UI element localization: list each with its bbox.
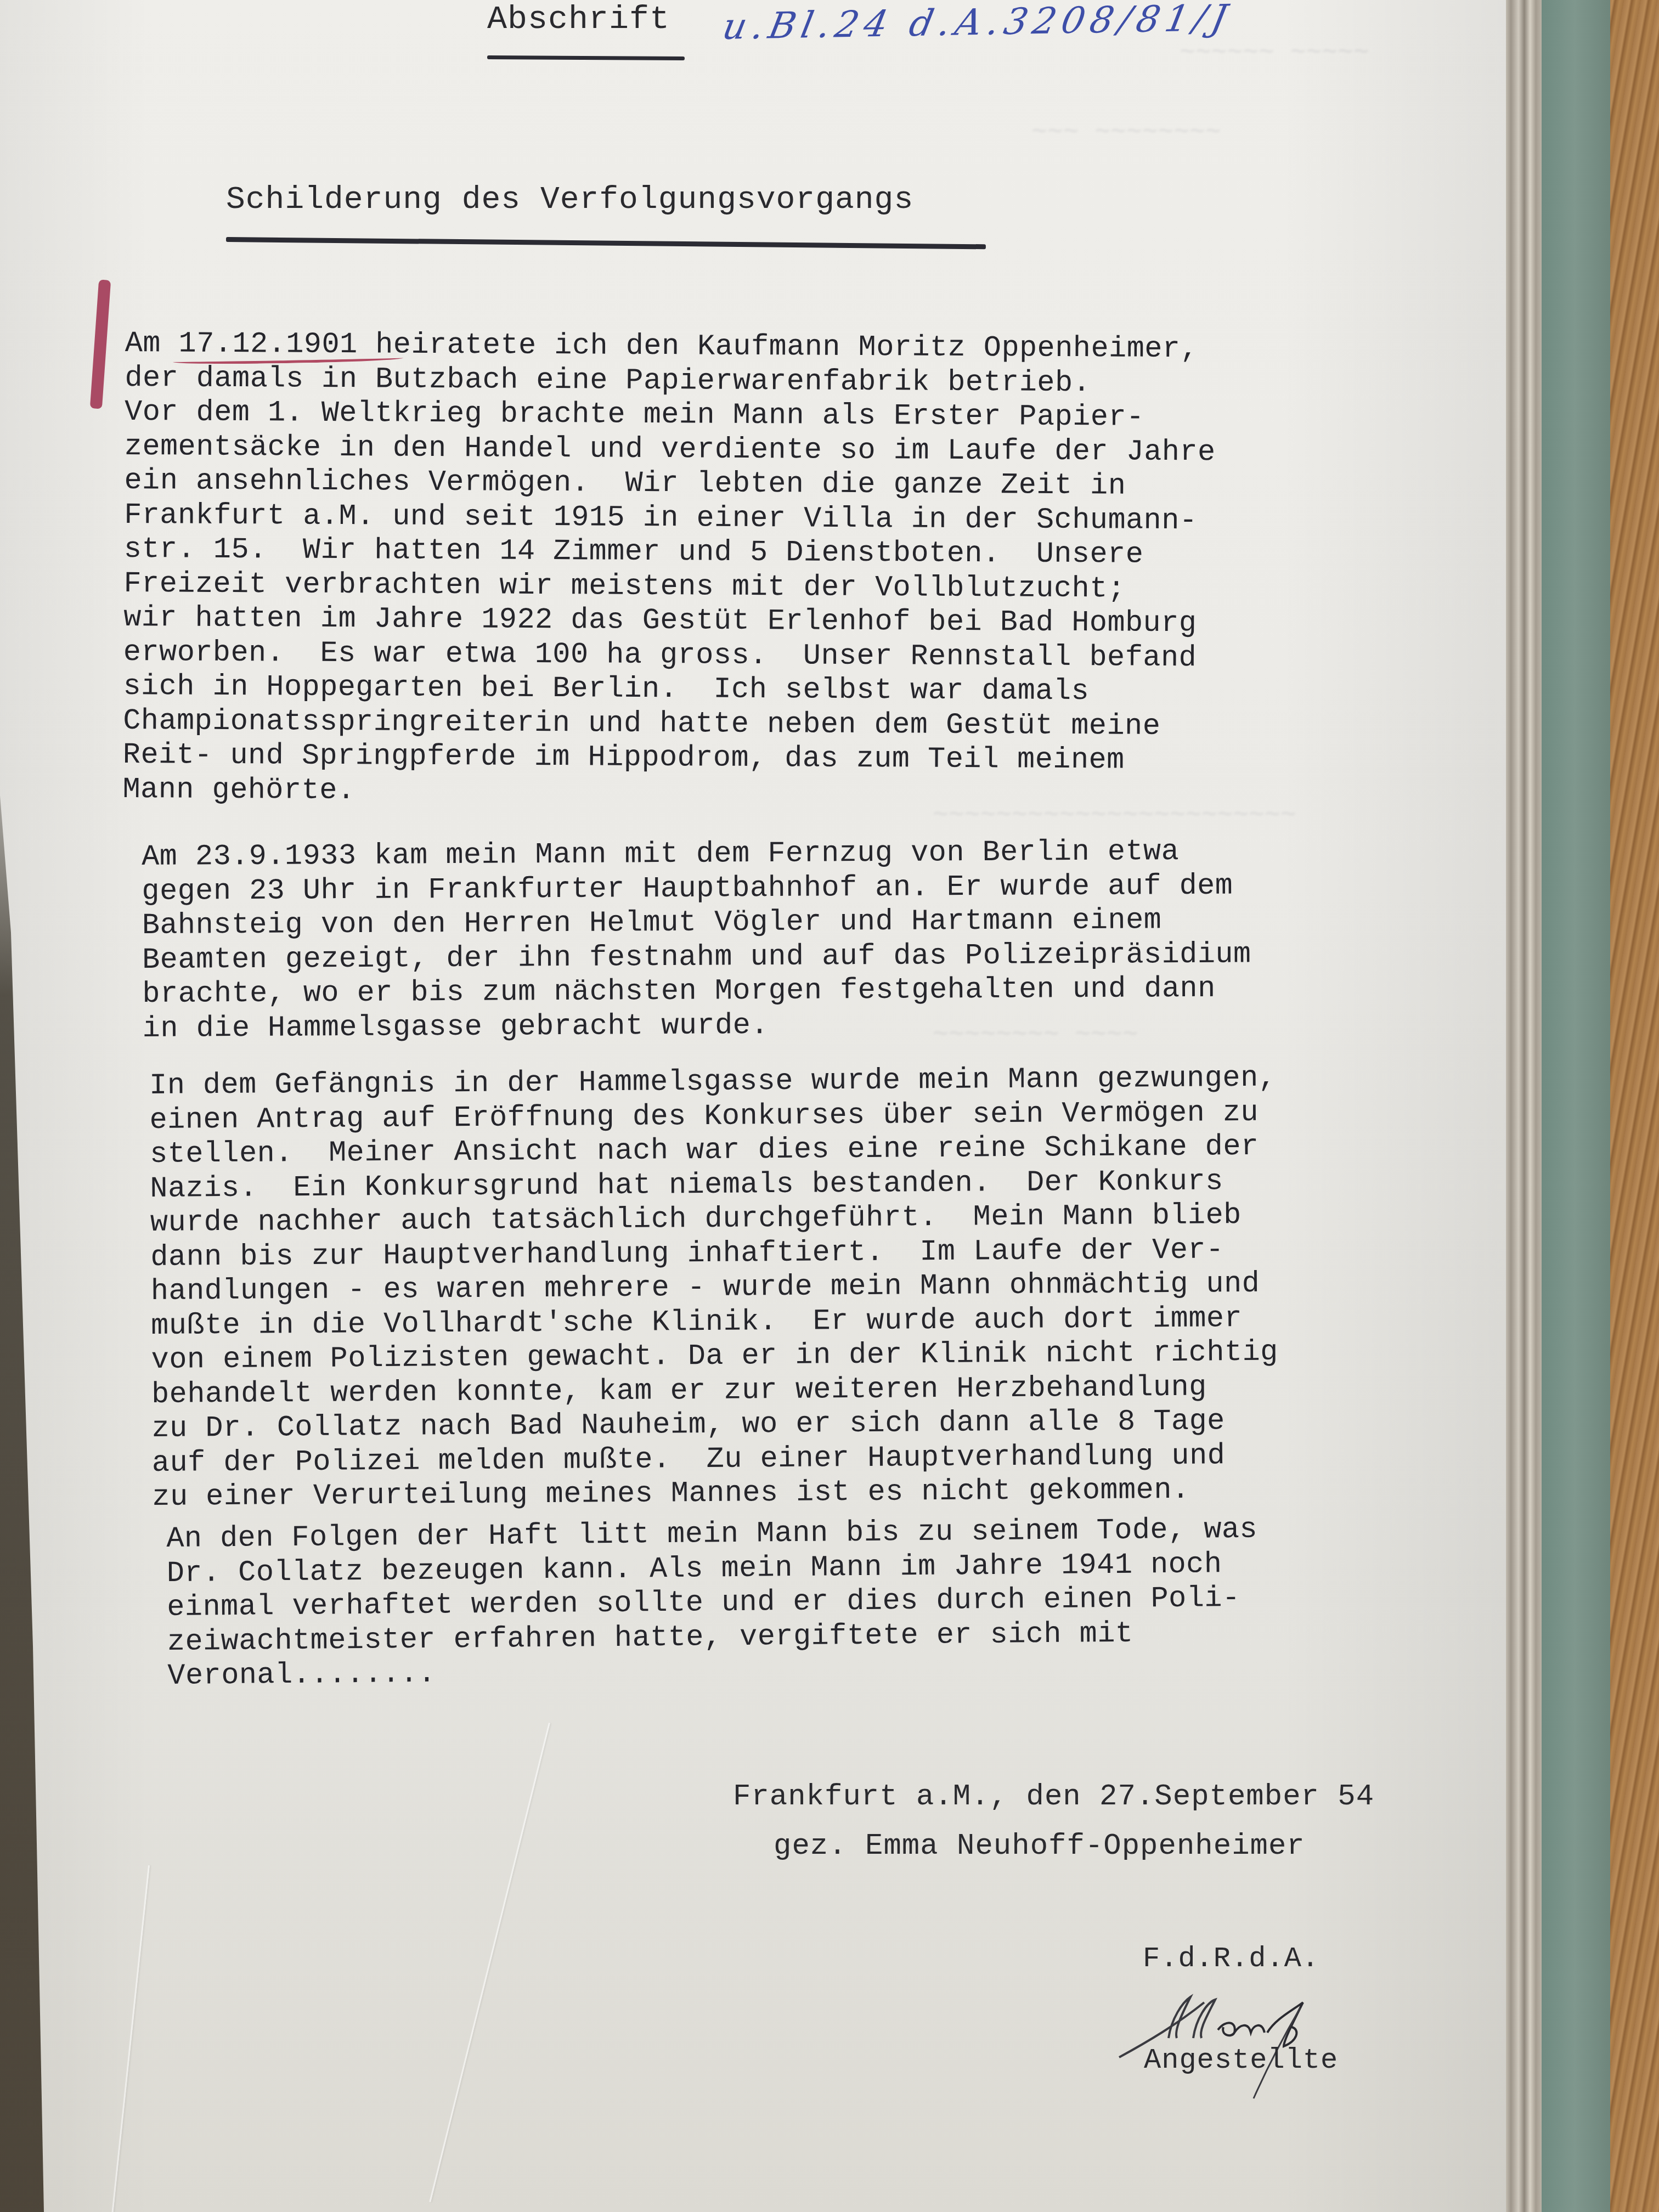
text-line: wir hatten im Jahre 1922 das Gestüt Erle… [123, 601, 1215, 641]
text-line: erworben. Es war etwa 100 ha gross. Unse… [123, 635, 1215, 675]
paragraph-4: An den Folgen der Haft litt mein Mann bi… [166, 1513, 1259, 1694]
red-margin-mark [90, 280, 111, 409]
handwritten-reference: u.Bl.24 d.A.3208/81/J [719, 0, 1236, 48]
text-line: gegen 23 Uhr in Frankfurter Hauptbahnhof… [142, 869, 1251, 909]
text-line: sich in Hoppegarten bei Berlin. Ich selb… [123, 670, 1214, 710]
text-line: zu einer Verurteilung meines Mannes ist … [152, 1473, 1279, 1515]
text-line: Freizeit verbrachten wir meistens mit de… [123, 567, 1215, 607]
header-title: Abschrift [487, 0, 670, 39]
text-line: Beamten gezeigt, der ihn festnahm und au… [142, 938, 1251, 978]
place-and-date: Frankfurt a.M., den 27.September 54 [733, 1780, 1374, 1815]
text-line: brachte, wo er bis zum nächsten Morgen f… [142, 972, 1251, 1012]
text-line: Championatsspringreiterin und hatte nebe… [123, 704, 1214, 744]
header-underline [487, 55, 685, 60]
text-line: Frankfurt a.M. und seit 1915 in einer Vi… [124, 498, 1215, 538]
text-line: ein ansehnliches Vermögen. Wir lebten di… [124, 464, 1215, 504]
document-content: Abschrift u.Bl.24 d.A.3208/81/J Schilder… [0, 0, 1659, 2212]
text-line: in die Hammelsgasse gebracht wurde. [143, 1006, 1252, 1046]
paragraph-2: Am 23.9.1933 kam mein Mann mit dem Fernz… [142, 834, 1251, 1046]
text-line: Am 23.9.1933 kam mein Mann mit dem Fernz… [142, 834, 1251, 874]
paragraph-3: In dem Gefängnis in der Hammelsgasse wur… [149, 1062, 1279, 1515]
text-line: Vor dem 1. Weltkrieg brachte mein Mann a… [125, 396, 1216, 436]
text-line: Bahnsteig von den Herren Helmut Vögler u… [142, 903, 1251, 943]
text-line: der damals in Butzbach eine Papierwarenf… [125, 361, 1216, 401]
paragraph-1: Am 17.12.1901 heiratete ich den Kaufmann… [122, 327, 1216, 812]
section-underline [226, 237, 986, 249]
text-line: Reit- und Springpferde im Hippodrom, das… [123, 738, 1214, 778]
certification-label: F.d.R.d.A. [1143, 1942, 1319, 1976]
signatory-title: Angestellte [1144, 2044, 1338, 2078]
signed-by-line: gez. Emma Neuhoff-Oppenheimer [774, 1829, 1305, 1864]
text-line: Mann gehörte. [122, 772, 1214, 812]
section-title: Schilderung des Verfolgungsvorgangs [226, 181, 913, 219]
text-line: zementsäcke in den Handel und verdiente … [125, 430, 1216, 470]
text-line: str. 15. Wir hatten 14 Zimmer und 5 Dien… [124, 533, 1215, 573]
